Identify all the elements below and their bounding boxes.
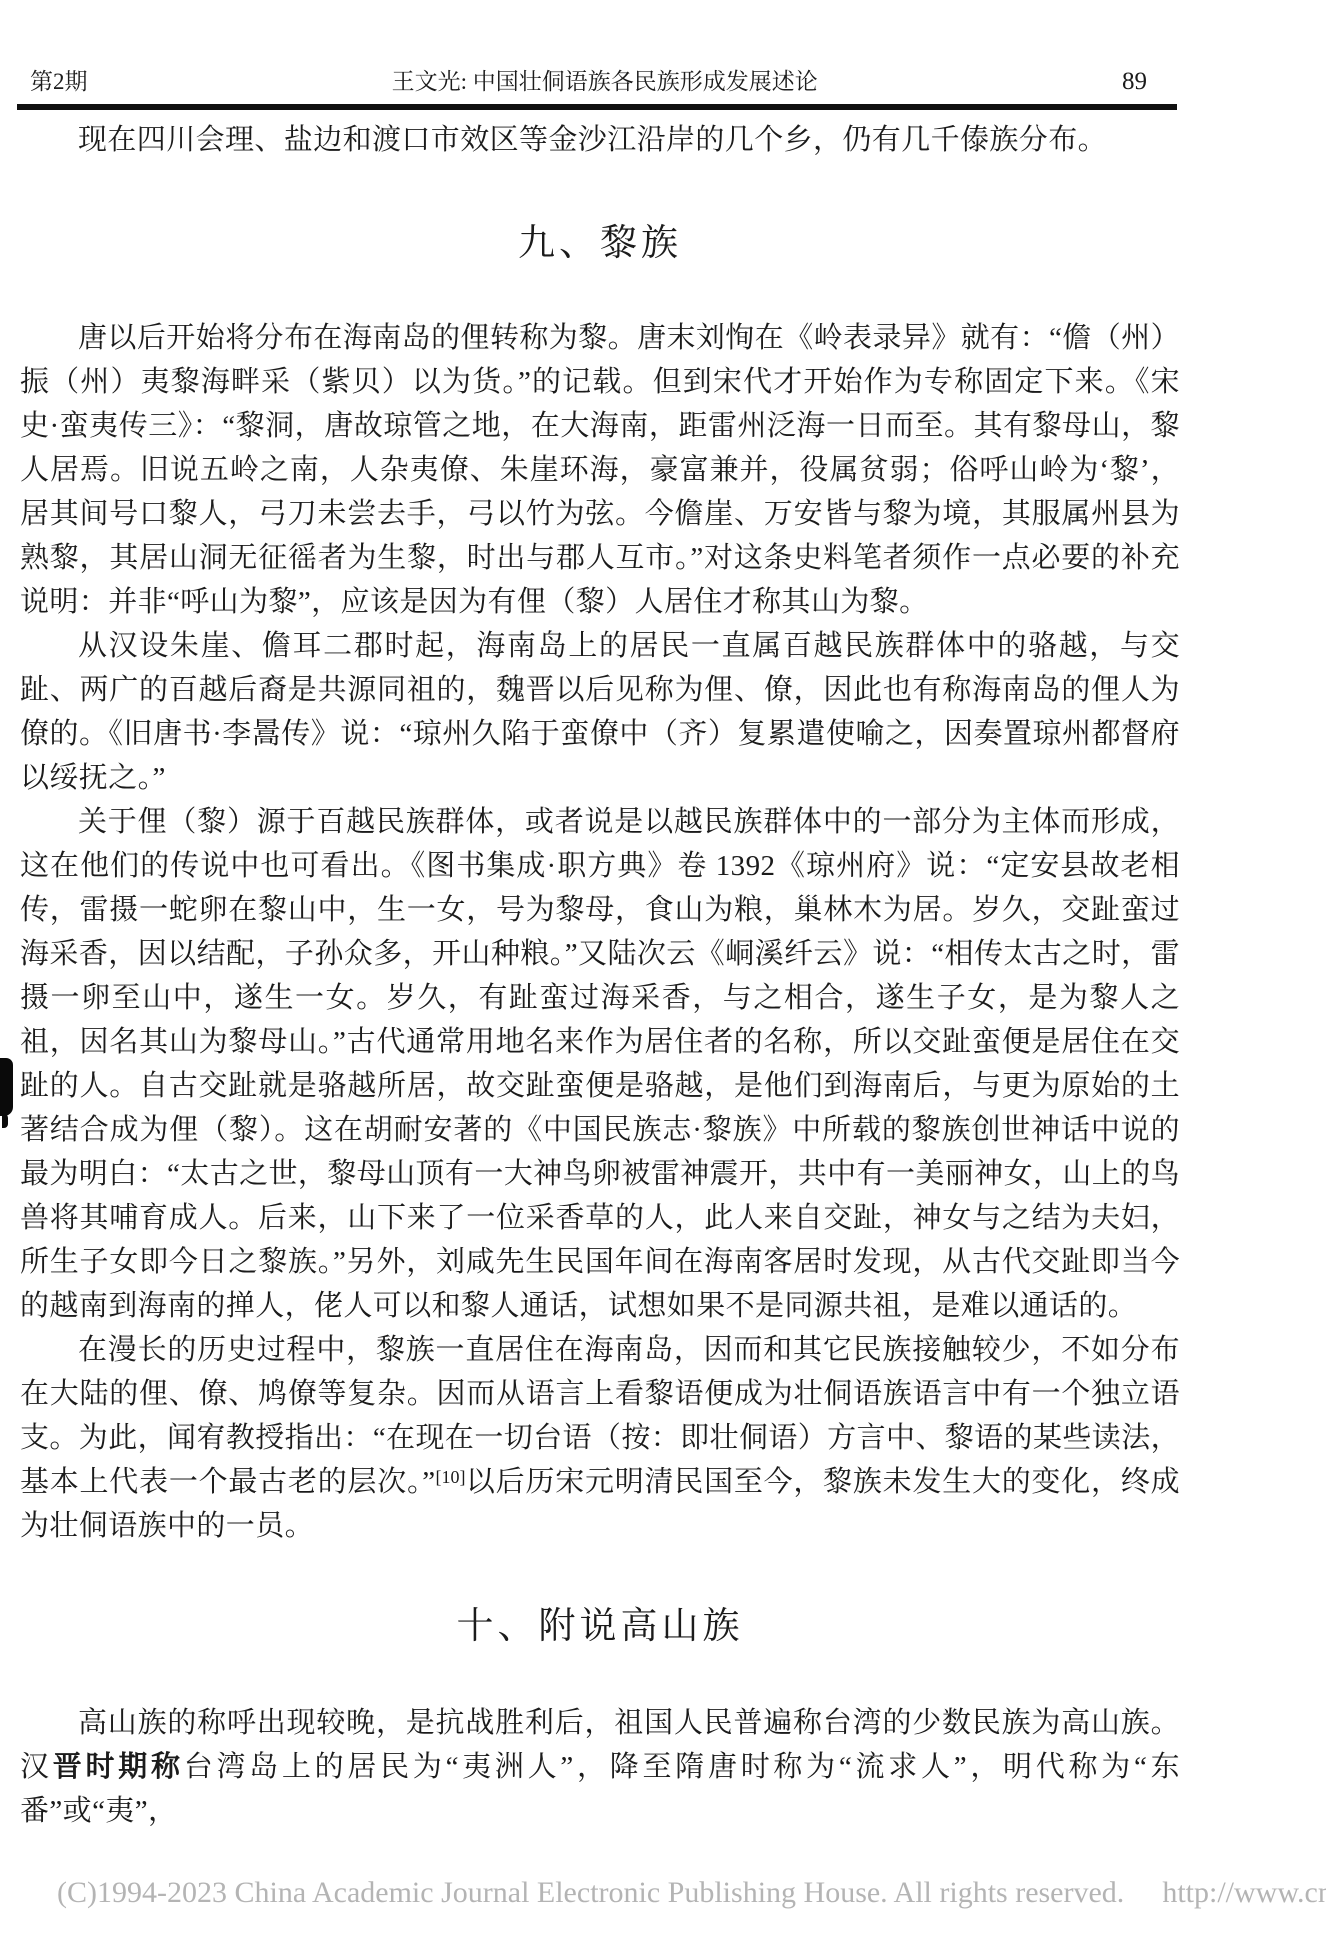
section-li-content: 唐以后开始将分布在海南岛的俚转称为黎。唐末刘恂在《岭表录异》就有：“儋（州）振（…: [20, 316, 1180, 1548]
footer-url: http://www.cnk: [1162, 1876, 1326, 1909]
paragraph-5-bold-run: 晋时期称: [53, 1751, 184, 1783]
section-gaoshan-content: 高山族的称呼出现较晚，是抗战胜利后，祖国人民普遍称台湾的少数民族为高山族。汉晋时…: [20, 1701, 1180, 1833]
journal-page: 第2期 王文光: 中国壮侗语族各民族形成发展述论 89 现在四川会理、盐边和渡口…: [0, 0, 1326, 1960]
page-header: 第2期 王文光: 中国壮侗语族各民族形成发展述论 89: [30, 68, 1147, 96]
intro-block: 现在四川会理、盐边和渡口市效区等金沙江沿岸的几个乡，仍有几千傣族分布。: [20, 118, 1180, 162]
page-footer: (C)1994-2023 China Academic Journal Elec…: [57, 1872, 1326, 1914]
page-number: 89: [1122, 68, 1147, 96]
intro-paragraph: 现在四川会理、盐边和渡口市效区等金沙江沿岸的几个乡，仍有几千傣族分布。: [20, 118, 1180, 162]
scan-ink-artifact: [0, 1058, 13, 1116]
header-rule: [17, 104, 1177, 110]
paragraph-1: 唐以后开始将分布在海南岛的俚转称为黎。唐末刘恂在《岭表录异》就有：“儋（州）振（…: [20, 316, 1180, 624]
section-gaoshan-title: 十、附说高山族: [20, 1602, 1180, 1652]
footnote-ref: [10]: [436, 1467, 466, 1487]
paragraph-2: 从汉设朱崖、儋耳二郡时起，海南岛上的居民一直属百越民族群体中的骆越，与交趾、两广…: [20, 624, 1180, 800]
paragraph-5-continuation: 台湾岛上的居民为“夷洲人”，降至隋唐时称为“流求人”，明代称为“东番”或“夷”，: [20, 1751, 1180, 1827]
paragraph-5: 高山族的称呼出现较晚，是抗战胜利后，祖国人民普遍称台湾的少数民族为高山族。汉晋时…: [20, 1701, 1180, 1833]
paragraph-4: 在漫长的历史过程中，黎族一直居住在海南岛，因而和其它民族接触较少，不如分布在大陆…: [20, 1328, 1180, 1548]
copyright-text: (C)1994-2023 China Academic Journal Elec…: [57, 1876, 1124, 1909]
paragraph-3: 关于俚（黎）源于百越民族群体，或者说是以越民族群体中的一部分为主体而形成，这在他…: [20, 800, 1180, 1328]
running-title: 王文光: 中国壮侗语族各民族形成发展述论: [88, 68, 1123, 96]
section-li-title: 九、黎族: [20, 219, 1180, 269]
issue-label: 第2期: [30, 68, 88, 96]
